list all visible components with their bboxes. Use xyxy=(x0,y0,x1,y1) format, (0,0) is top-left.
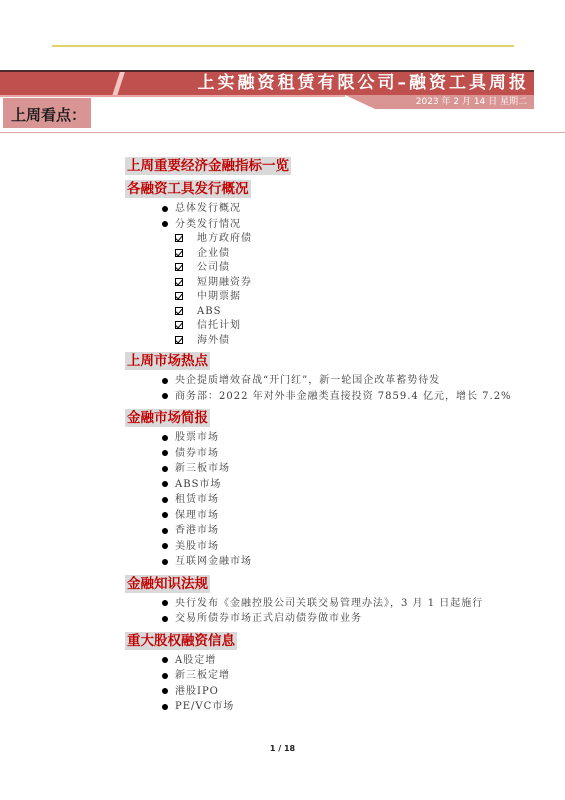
checkbox-icon xyxy=(175,278,183,286)
list-item[interactable]: 分类发行情况 xyxy=(125,217,545,233)
top-rule xyxy=(52,45,514,47)
bullet-icon xyxy=(162,450,168,456)
section-title[interactable]: 金融知识法规 xyxy=(125,575,210,593)
list-item[interactable]: 美股市场 xyxy=(125,539,545,555)
checkbox-icon xyxy=(175,321,183,329)
banner-underline xyxy=(0,95,345,97)
checklist-item[interactable]: 公司债 xyxy=(125,261,545,276)
report-date: 2023 年 2 月 14 日 星期二 xyxy=(416,95,527,109)
section-issuance: 各融资工具发行概况 总体发行概况 分类发行情况 地方政府债 企业债 公司债 短期… xyxy=(125,178,545,348)
page-number: 1 / 18 xyxy=(0,744,565,753)
section-equity-financing: 重大股权融资信息 A股定增 新三板定增 港股IPO PE/VC市场 xyxy=(125,630,545,715)
list-item[interactable]: 股票市场 xyxy=(125,430,545,446)
section-hotspots: 上周市场热点 央企提质增效奋战“开门红”，新一轮国企改革蓄势待发 商务部：202… xyxy=(125,350,545,404)
list-item[interactable]: 新三板定增 xyxy=(125,668,545,684)
bullet-icon xyxy=(162,616,168,622)
checklist-item[interactable]: 地方政府债 xyxy=(125,232,545,247)
bullet-icon xyxy=(162,657,168,663)
bullet-icon xyxy=(162,512,168,518)
list-item[interactable]: 保理市场 xyxy=(125,508,545,524)
header-divider xyxy=(0,132,565,133)
list-item[interactable]: 总体发行概况 xyxy=(125,201,545,217)
checklist-item[interactable]: 海外债 xyxy=(125,334,545,349)
bullet-icon xyxy=(162,688,168,694)
checkbox-icon xyxy=(175,249,183,257)
checkbox-icon xyxy=(175,336,183,344)
section-market-brief: 金融市场简报 股票市场 债券市场 新三板市场 ABS市场 租赁市场 保理市场 香… xyxy=(125,407,545,570)
list-item[interactable]: 港股IPO xyxy=(125,684,545,700)
section-title[interactable]: 上周市场热点 xyxy=(125,352,210,370)
section-title[interactable]: 金融市场简报 xyxy=(125,409,210,427)
list-item[interactable]: 新三板市场 xyxy=(125,461,545,477)
bullet-icon xyxy=(162,559,168,565)
bullet-icon xyxy=(162,497,168,503)
checklist-item[interactable]: 企业债 xyxy=(125,247,545,262)
section-indicators: 上周重要经济金融指标一览 xyxy=(125,155,545,178)
bullet-icon xyxy=(162,466,168,472)
bullet-icon xyxy=(162,221,168,227)
section-title[interactable]: 上周重要经济金融指标一览 xyxy=(125,157,291,175)
section-regulations: 金融知识法规 央行发布《金融控股公司关联交易管理办法》，3 月 1 日起施行 交… xyxy=(125,573,545,627)
section-title[interactable]: 各融资工具发行概况 xyxy=(125,180,251,198)
checklist-item[interactable]: 短期融资券 xyxy=(125,276,545,291)
list-item[interactable]: 香港市场 xyxy=(125,523,545,539)
checklist-item[interactable]: ABS xyxy=(125,305,545,320)
checkbox-icon xyxy=(175,234,183,242)
list-item[interactable]: 央企提质增效奋战“开门红”，新一轮国企改革蓄势待发 xyxy=(125,373,545,389)
bullet-icon xyxy=(162,206,168,212)
week-highlights-tag: 上周看点： xyxy=(3,98,91,128)
checkbox-icon xyxy=(175,292,183,300)
section-title[interactable]: 重大股权融资信息 xyxy=(125,632,237,650)
bullet-icon xyxy=(162,481,168,487)
checklist-item[interactable]: 信托计划 xyxy=(125,319,545,334)
bullet-icon xyxy=(162,704,168,710)
list-item[interactable]: A股定增 xyxy=(125,653,545,669)
bullet-icon xyxy=(162,600,168,606)
list-item[interactable]: 交易所债券市场正式启动债券做市业务 xyxy=(125,611,545,627)
list-item[interactable]: PE/VC市场 xyxy=(125,699,545,715)
list-item[interactable]: 央行发布《金融控股公司关联交易管理办法》，3 月 1 日起施行 xyxy=(125,596,545,612)
report-title: 上实融资租赁有限公司–融资工具周报 xyxy=(198,72,530,95)
list-item[interactable]: 互联网金融市场 xyxy=(125,554,545,570)
toc-content: 上周重要经济金融指标一览 各融资工具发行概况 总体发行概况 分类发行情况 地方政… xyxy=(125,155,545,718)
checkbox-icon xyxy=(175,307,183,315)
bullet-icon xyxy=(162,673,168,679)
checklist-item[interactable]: 中期票据 xyxy=(125,290,545,305)
bullet-icon xyxy=(162,435,168,441)
bullet-icon xyxy=(162,528,168,534)
week-highlights-label: 上周看点： xyxy=(11,104,86,125)
bullet-icon xyxy=(162,378,168,384)
bullet-icon xyxy=(162,543,168,549)
list-item[interactable]: 商务部：2022 年对外非金融类直接投资 7859.4 亿元，增长 7.2% xyxy=(125,389,545,405)
list-item[interactable]: 债券市场 xyxy=(125,446,545,462)
checkbox-icon xyxy=(175,263,183,271)
bullet-icon xyxy=(162,393,168,399)
list-item[interactable]: ABS市场 xyxy=(125,477,545,493)
list-item[interactable]: 租赁市场 xyxy=(125,492,545,508)
